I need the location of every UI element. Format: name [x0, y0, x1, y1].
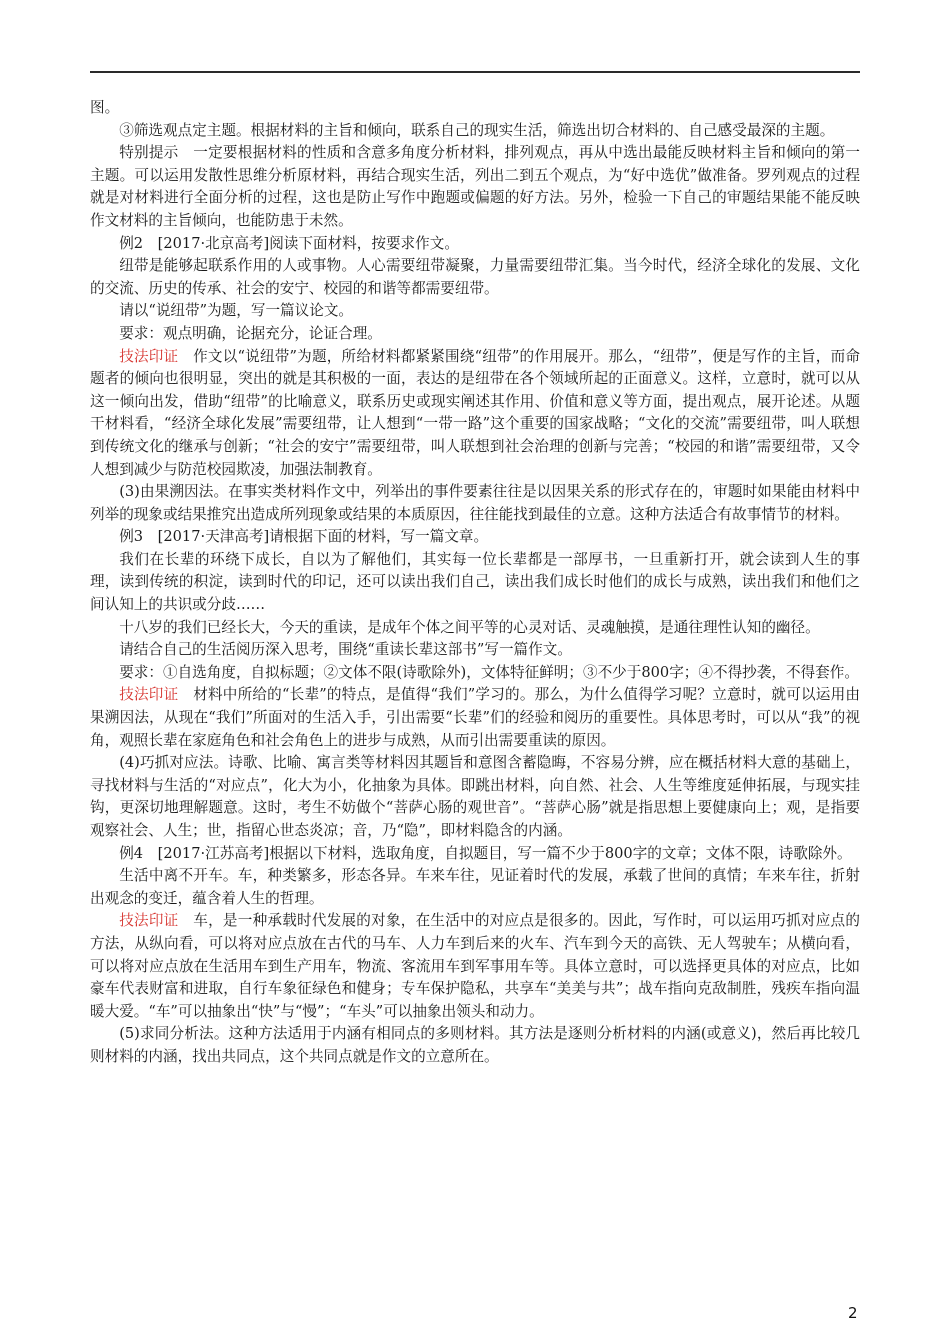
document-body: 图。 ③筛选观点定主题。根据材料的主旨和倾向，联系自己的现实生活，筛选出切合材料…	[90, 97, 860, 1069]
paragraph: 十八岁的我们已经长大，今天的重读，是成年个体之间平等的心灵对话、灵魂触摸，是通往…	[90, 617, 860, 640]
paragraph: ③筛选观点定主题。根据材料的主旨和倾向，联系自己的现实生活，筛选出切合材料的、自…	[90, 120, 860, 143]
technique-label: 技法印证	[119, 686, 178, 703]
technique-paragraph: 技法印证 材料中所给的“长辈”的特点，是值得“我们”学习的。那么，为什么值得学习…	[90, 684, 860, 752]
paragraph: 纽带是能够起联系作用的人或事物。人心需要纽带凝聚，力量需要纽带汇集。当今时代，经…	[90, 255, 860, 300]
paragraph: 生活中离不开车。车，种类繁多，形态各异。车来车往，见证着时代的发展，承载了世间的…	[90, 865, 860, 910]
example-2-heading: 例2 [2017·北京高考]阅读下面材料，按要求作文。	[90, 233, 860, 256]
method-4-paragraph: (4)巧抓对应法。诗歌、比喻、寓言类等材料因其题旨和意图含蓄隐晦，不容易分辨，应…	[90, 752, 860, 842]
technique-text: 作文以“说纽带”为题，所给材料都紧紧围绕“纽带”的作用展开。那么，“纽带”，便是…	[90, 348, 860, 478]
page-number: 2	[848, 1304, 858, 1322]
technique-label: 技法印证	[119, 912, 178, 929]
technique-text: 车，是一种承载时代发展的对象，在生活中的对应点是很多的。因此，写作时，可以运用巧…	[90, 912, 860, 1019]
paragraph: 请结合自己的生活阅历深入思考，围绕“重读长辈这部书”写一篇作文。	[90, 639, 860, 662]
paragraph: 我们在长辈的环绕下成长，自以为了解他们，其实每一位长辈都是一部厚书，一旦重新打开…	[90, 549, 860, 617]
special-tip-paragraph: 特别提示 一定要根据材料的性质和含意多角度分析材料，排列观点，再从中选出最能反映…	[90, 142, 860, 232]
paragraph: 要求：观点明确，论据充分，论证合理。	[90, 323, 860, 346]
technique-label: 技法印证	[119, 348, 178, 365]
paragraph: 请以“说纽带”为题，写一篇议论文。	[90, 300, 860, 323]
example-3-heading: 例3 [2017·天津高考]请根据下面的材料，写一篇文章。	[90, 526, 860, 549]
method-3-paragraph: (3)由果溯因法。在事实类材料作文中，列举出的事件要素往往是以因果关系的形式存在…	[90, 481, 860, 526]
method-5-paragraph: (5)求同分析法。这种方法适用于内涵有相同点的多则材料。其方法是逐则分析材料的内…	[90, 1023, 860, 1068]
header-rule	[90, 71, 860, 73]
example-4-heading: 例4 [2017·江苏高考]根据以下材料，选取角度，自拟题目，写一篇不少于800…	[90, 843, 860, 866]
technique-paragraph: 技法印证 车，是一种承载时代发展的对象，在生活中的对应点是很多的。因此，写作时，…	[90, 910, 860, 1023]
paragraph: 图。	[90, 97, 860, 120]
paragraph: 要求：①自选角度，自拟标题；②文体不限(诗歌除外)，文体特征鲜明；③不少于800…	[90, 662, 860, 685]
technique-paragraph: 技法印证 作文以“说纽带”为题，所给材料都紧紧围绕“纽带”的作用展开。那么，“纽…	[90, 346, 860, 482]
technique-text: 材料中所给的“长辈”的特点，是值得“我们”学习的。那么，为什么值得学习呢？立意时…	[90, 686, 860, 748]
